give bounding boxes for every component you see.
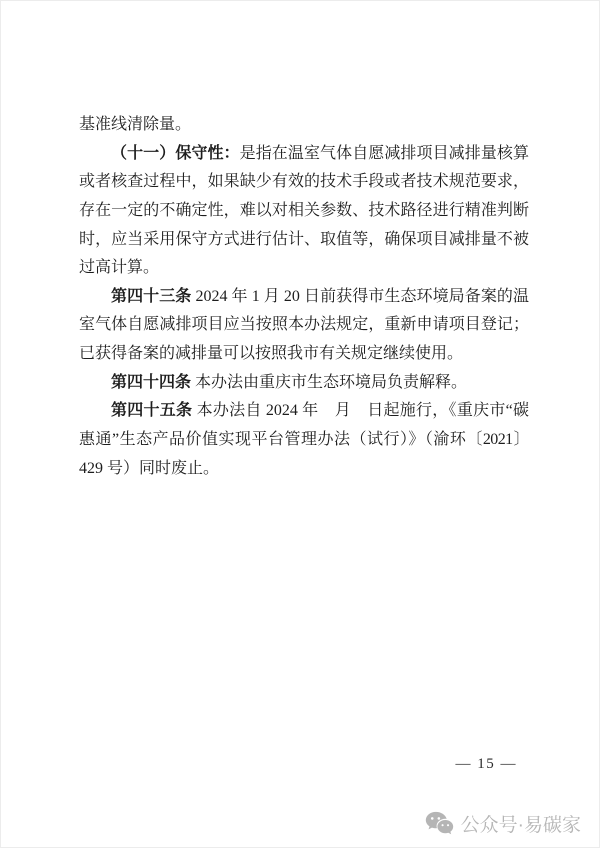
line-text: 时，应当采用保守方式进行估计、取值等，确保项目减排量不被 [79, 231, 529, 248]
line-text: 是指在温室气体自愿减排项目减排量核算 [240, 145, 529, 162]
document-page: 基准线清除量。 （十一）保守性：是指在温室气体自愿减排项目减排量核算 或者核查过… [0, 0, 600, 848]
text-line: 或者核查过程中，如果缺少有效的技术手段或者技术规范要求， [79, 168, 529, 197]
document-body: 基准线清除量。 （十一）保守性：是指在温室气体自愿减排项目减排量核算 或者核查过… [79, 111, 529, 483]
text-line: 惠通”生态产品价值实现平台管理办法（试行）》（渝环〔2021〕 [79, 426, 529, 455]
article-heading-bold: 第四十五条 [111, 402, 192, 419]
text-line: 基准线清除量。 [79, 111, 529, 140]
line-text: 本办法由重庆市生态环境局负责解释。 [191, 374, 467, 391]
line-text: 基准线清除量。 [79, 116, 191, 133]
line-text: 已获得备案的减排量可以按照我市有关规定继续使用。 [79, 345, 463, 362]
line-text: 429 号）同时废止。 [79, 460, 219, 477]
line-text: 过高计算。 [79, 259, 159, 276]
text-line: 时，应当采用保守方式进行估计、取值等，确保项目减排量不被 [79, 226, 529, 255]
term-bold: （十一）保守性： [111, 145, 240, 162]
text-line: 过高计算。 [79, 254, 529, 283]
text-line: 第四十四条 本办法由重庆市生态环境局负责解释。 [79, 369, 529, 398]
article-heading-bold: 第四十三条 [111, 288, 191, 305]
text-line: 第四十五条 本办法自 2024 年 月 日起施行，《重庆市“碳 [79, 397, 529, 426]
text-line: 室气体自愿减排项目应当按照本办法规定，重新申请项目登记； [79, 311, 529, 340]
page-number: — 15 — [456, 754, 518, 774]
text-line: 429 号）同时废止。 [79, 455, 529, 484]
line-text: 本办法自 2024 年 月 日起施行，《重庆市“碳 [192, 402, 529, 419]
line-text: 存在一定的不确定性，难以对相关参数、技术路径进行精准判断 [79, 202, 529, 219]
watermark-label: 公众号·易碳家 [461, 810, 581, 837]
text-line: （十一）保守性：是指在温室气体自愿减排项目减排量核算 [79, 140, 529, 169]
line-text: 或者核查过程中，如果缺少有效的技术手段或者技术规范要求， [79, 173, 529, 190]
line-text: 惠通”生态产品价值实现平台管理办法（试行）》（渝环〔2021〕 [79, 431, 529, 448]
text-line: 存在一定的不确定性，难以对相关参数、技术路径进行精准判断 [79, 197, 529, 226]
wechat-icon [425, 811, 454, 836]
article-heading-bold: 第四十四条 [111, 374, 191, 391]
text-line: 已获得备案的减排量可以按照我市有关规定继续使用。 [79, 340, 529, 369]
line-text: 室气体自愿减排项目应当按照本办法规定，重新申请项目登记； [79, 316, 529, 333]
watermark: 公众号·易碳家 [425, 808, 581, 838]
text-line: 第四十三条 2024 年 1 月 20 日前获得市生态环境局备案的温 [79, 283, 529, 312]
line-text: 2024 年 1 月 20 日前获得市生态环境局备案的温 [191, 288, 529, 305]
